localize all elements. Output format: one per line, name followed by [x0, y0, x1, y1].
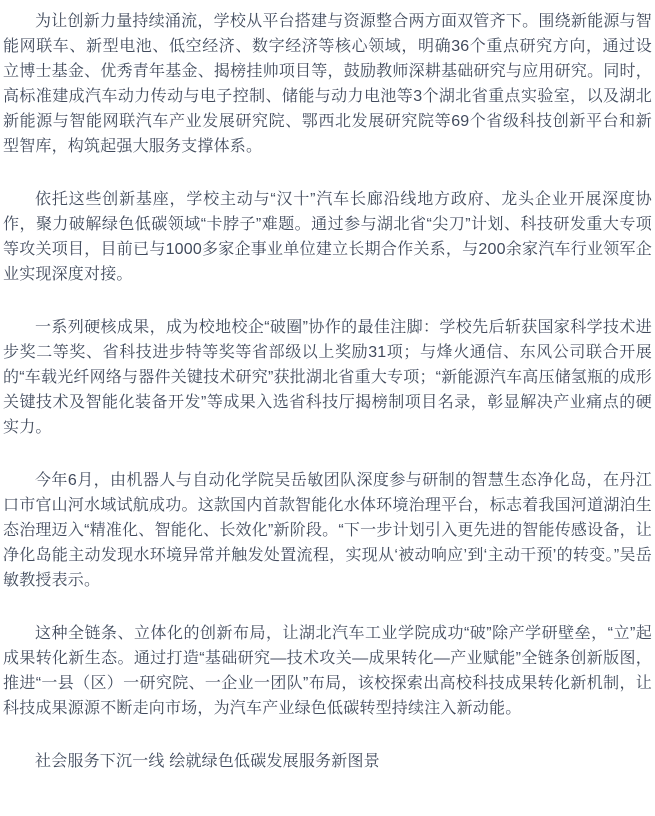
paragraph-innovation-platform: 为让创新力量持续涌流，学校从平台搭建与资源整合两方面双管齐下。围绕新能源与智能网… [3, 9, 652, 159]
article-body: 为让创新力量持续涌流，学校从平台搭建与资源整合两方面双管齐下。围绕新能源与智能网… [3, 9, 652, 774]
article-page: 为让创新力量持续涌流，学校从平台搭建与资源整合两方面双管齐下。围绕新能源与智能网… [0, 0, 655, 816]
paragraph-achievements: 一系列硬核成果，成为校地校企“破圈”协作的最佳注脚：学校先后斩获国家科学技术进步… [3, 315, 652, 440]
paragraph-innovation-layout: 这种全链条、立体化的创新布局，让湖北汽车工业学院成功“破”除产学研壁垒，“立”起… [3, 621, 652, 721]
paragraph-eco-island: 今年6月，由机器人与自动化学院吴岳敏团队深度参与研制的智慧生态净化岛，在丹江口市… [3, 468, 652, 593]
paragraph-cooperation: 依托这些创新基座，学校主动与“汉十”汽车长廊沿线地方政府、龙头企业开展深度协作，… [3, 187, 652, 287]
section-subheading: 社会服务下沉一线 绘就绿色低碳发展服务新图景 [3, 749, 652, 774]
